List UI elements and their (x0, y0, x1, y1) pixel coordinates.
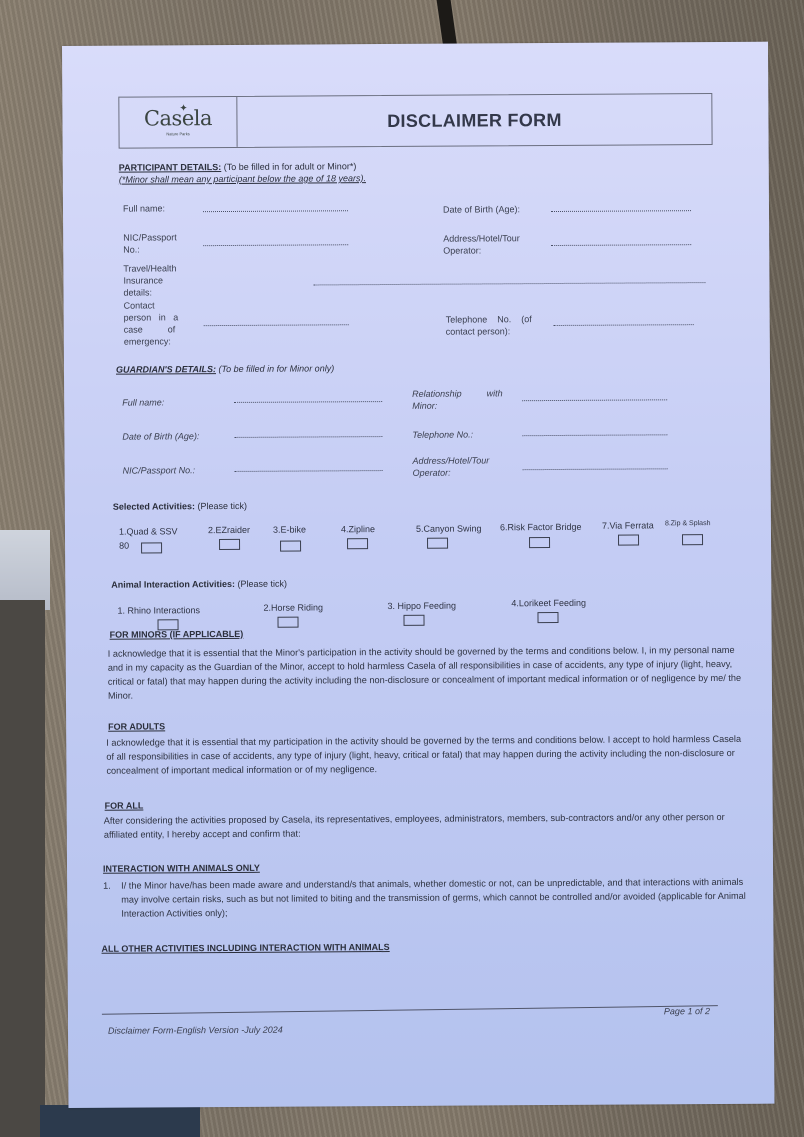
minor-definition-text: (*Minor shall mean any participant below… (119, 173, 364, 184)
animals-only-item-text: I/ the Minor have/has been made aware an… (121, 875, 757, 921)
animal-label-rhino: 1. Rhino Interactions (117, 605, 200, 616)
minors-paragraph: I acknowledge that it is essential that … (108, 643, 748, 703)
checkbox-lorikeet-feeding[interactable] (537, 612, 558, 623)
label-line: person in a (124, 311, 192, 323)
bird-icon: ✦ (179, 103, 187, 114)
label-line: details: (123, 286, 176, 298)
activity-label-quad: 1.Quad & SSV (119, 526, 178, 536)
participant-heading-block: PARTICIPANT DETAILS: (To be filled in fo… (119, 161, 357, 172)
animal-label-horse: 2.Horse Riding (263, 602, 323, 612)
animals-only-item-number: 1. (103, 879, 111, 893)
participant-nic-label: NIC/Passport No.: (123, 231, 177, 255)
background-object (40, 1105, 200, 1137)
casela-logo: ✦ Casela Nature Parks (119, 97, 237, 148)
guardian-telephone-label: Telephone No.: (412, 428, 473, 440)
adults-paragraph: I acknowledge that it is essential that … (106, 732, 750, 778)
activities-heading-block: Selected Activities: (Please tick) (113, 501, 247, 512)
activity-label-risk-factor-bridge: 6.Risk Factor Bridge (500, 522, 582, 532)
label-line: NIC/Passport (123, 231, 177, 243)
activity-label-zipline: 4.Zipline (341, 524, 375, 534)
participant-contact-telephone-field[interactable] (554, 324, 694, 326)
participant-insurance-field[interactable] (313, 282, 705, 285)
label-line: No.: (123, 243, 177, 255)
activities-heading-note: (Please tick) (195, 501, 247, 511)
checkbox-horse-riding[interactable] (277, 617, 298, 628)
participant-heading-note: (To be filled in for adult or Minor*) (221, 161, 356, 172)
activity-sublabel-quad: 80 (119, 541, 129, 551)
minors-heading: FOR MINORS (IF APPLICABLE) (110, 629, 244, 640)
participant-address-field[interactable] (551, 244, 691, 246)
guardian-heading-note: (To be filled in for Minor only) (216, 363, 334, 374)
guardian-telephone-field[interactable] (522, 434, 667, 436)
participant-full-name-field[interactable] (203, 210, 348, 212)
checkbox-zip-splash[interactable] (682, 534, 703, 545)
animals-only-heading: INTERACTION WITH ANIMALS ONLY (103, 863, 260, 874)
activity-label-via-ferrata: 7.Via Ferrata (602, 520, 654, 530)
participant-address-label: Address/Hotel/Tour Operator: (443, 232, 520, 256)
participant-insurance-label: Travel/Health Insurance details: (123, 262, 176, 298)
label-line: Minor: (412, 399, 503, 412)
label-line: Address/Hotel/Tour (443, 232, 520, 244)
activity-label-ebike: 3.E-bike (273, 525, 306, 535)
label-line: Contact (124, 299, 192, 311)
animal-activities-heading-note: (Please tick) (235, 579, 287, 589)
checkbox-via-ferrata[interactable] (618, 534, 639, 545)
logo-tagline: Nature Parks (166, 131, 189, 136)
participant-full-name-label: Full name: (123, 202, 165, 214)
participant-emergency-contact-label: Contact person in a case of emergency: (124, 299, 192, 347)
label-line: Operator: (443, 244, 520, 256)
checkbox-risk-factor-bridge[interactable] (529, 537, 550, 548)
all-other-activities-heading: ALL OTHER ACTIVITIES INCLUDING INTERACTI… (101, 942, 389, 954)
activity-label-ezraider: 2.EZraider (208, 525, 250, 535)
background-object (0, 530, 50, 610)
animal-label-lorikeet: 4.Lorikeet Feeding (511, 598, 586, 608)
participant-emergency-contact-field[interactable] (204, 324, 349, 326)
label-line: emergency: (124, 335, 192, 347)
activities-heading: Selected Activities: (113, 501, 195, 512)
activity-label-canyon-swing: 5.Canyon Swing (416, 523, 482, 533)
background-shadow (0, 600, 45, 1137)
guardian-full-name-label: Full name: (122, 396, 164, 408)
label-line: Relationship with (412, 387, 503, 400)
participant-contact-telephone-label: Telephone No. (of contact person): (446, 313, 532, 338)
guardian-dob-label: Date of Birth (Age): (122, 430, 199, 442)
label-line: Travel/Health (123, 262, 176, 274)
guardian-dob-field[interactable] (234, 436, 382, 438)
label-line: Telephone No. (of (446, 313, 532, 326)
guardian-heading: GUARDIAN'S DETAILS: (116, 364, 216, 375)
label-line: Address/Hotel/Tour (413, 454, 490, 466)
footer-version: Disclaimer Form-English Version -July 20… (108, 1025, 283, 1036)
guardian-address-label: Address/Hotel/Tour Operator: (413, 454, 490, 478)
guardian-relationship-field[interactable] (522, 399, 667, 401)
label-line: Operator: (413, 466, 490, 478)
participant-dob-label: Date of Birth (Age): (443, 203, 520, 215)
guardian-relationship-label: Relationship with Minor: (412, 387, 503, 412)
guardian-heading-block: GUARDIAN'S DETAILS: (To be filled in for… (116, 363, 334, 374)
footer-page-number: Page 1 of 2 (664, 1006, 710, 1016)
for-all-heading: FOR ALL (105, 801, 144, 811)
checkbox-canyon-swing[interactable] (427, 538, 448, 549)
label-line: contact person): (446, 325, 532, 338)
guardian-nic-field[interactable] (235, 470, 383, 472)
form-title: DISCLAIMER FORM (237, 94, 711, 147)
checkbox-hippo-feeding[interactable] (403, 615, 424, 626)
checkbox-zipline[interactable] (347, 538, 368, 549)
animal-activities-heading: Animal Interaction Activities: (111, 579, 235, 590)
label-line: case of (124, 323, 192, 335)
checkbox-ebike[interactable] (280, 541, 301, 552)
label-line: Insurance (123, 274, 176, 286)
checkbox-ezraider[interactable] (219, 539, 240, 550)
participant-nic-field[interactable] (203, 244, 348, 246)
adults-heading: FOR ADULTS (108, 721, 165, 731)
guardian-nic-label: NIC/Passport No.: (123, 464, 196, 476)
disclaimer-form-page: ✦ Casela Nature Parks DISCLAIMER FORM PA… (62, 42, 774, 1108)
for-all-paragraph: After considering the activities propose… (104, 810, 754, 842)
form-header: ✦ Casela Nature Parks DISCLAIMER FORM (118, 93, 712, 149)
participant-dob-field[interactable] (551, 210, 691, 212)
minor-definition-end: . (363, 173, 366, 183)
animal-activities-heading-block: Animal Interaction Activities: (Please t… (111, 579, 287, 590)
animal-label-hippo: 3. Hippo Feeding (387, 601, 456, 611)
checkbox-quad-ssv[interactable] (141, 542, 162, 553)
logo-name: Casela (144, 108, 212, 129)
guardian-full-name-field[interactable] (234, 401, 382, 403)
activity-label-zip-splash: 8.Zip & Splash (665, 520, 711, 527)
minor-definition: (*Minor shall mean any participant below… (119, 173, 366, 185)
guardian-address-field[interactable] (523, 468, 668, 470)
participant-heading: PARTICIPANT DETAILS: (119, 162, 222, 173)
footer-divider (102, 1005, 718, 1015)
